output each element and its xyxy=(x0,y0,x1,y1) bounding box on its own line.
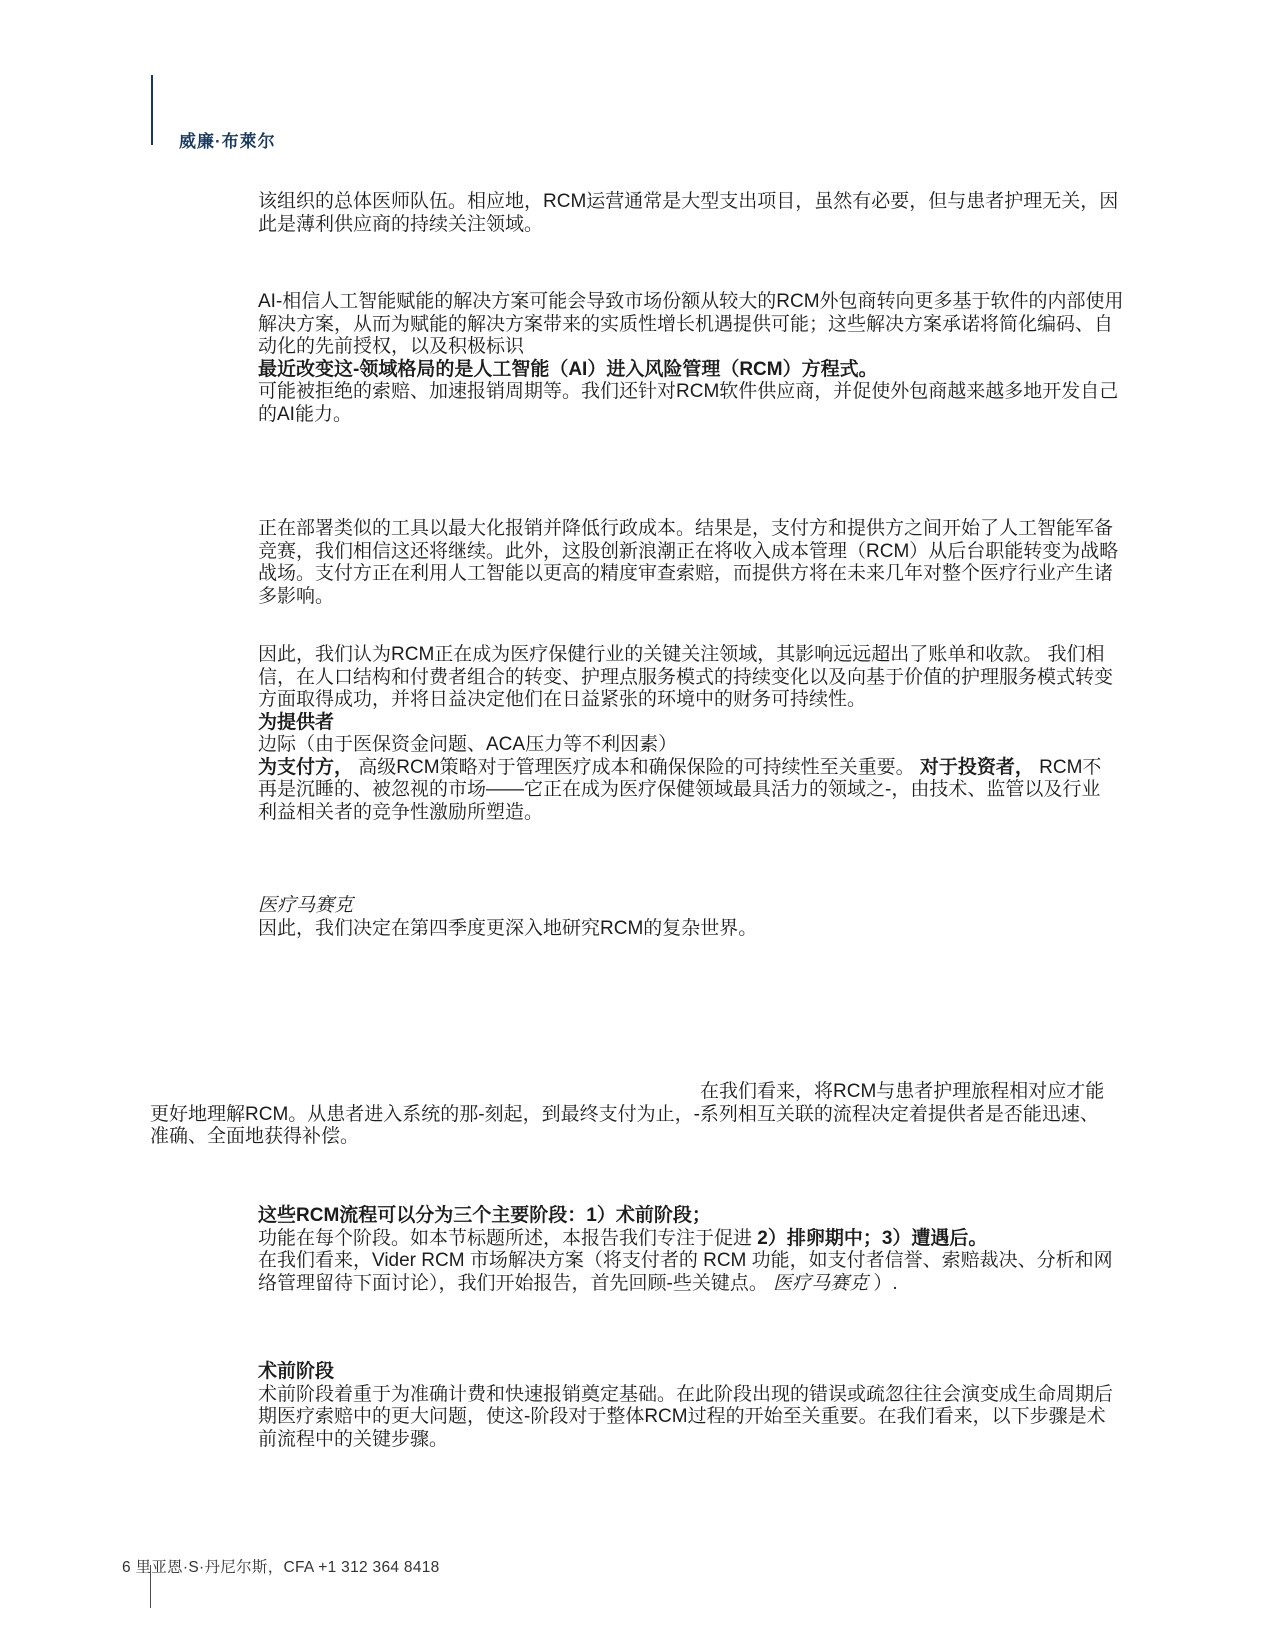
paragraph-physician-overview: 该组织的总体医师队伍。相应地，RCM运营通常是大型支出项目，虽然有必要，但与患者… xyxy=(258,191,1148,236)
brand-name: 威廉·布萊尔 xyxy=(179,127,276,152)
paragraph-ai-solutions: AI-相信人工智能赋能的解决方案可能会导致市场份额从较大的RCM外包商转向更多基… xyxy=(258,291,1148,426)
paragraph-ai-arms-race: 正在部署类似的工具以最大化报销并降低行政成本。结果是，支付方和提供方之间开始了人… xyxy=(258,518,1148,608)
footer-vertical-rule xyxy=(150,1565,151,1608)
paragraph-rcm-key-focus: 因此，我们认为RCM正在成为医疗保健行业的关键关注领域，其影响远远超出了账单和收… xyxy=(258,644,1148,824)
paragraph-patient-journey: 在我们看来，将RCM与患者护理旅程相对应才能更好地理解RCM。从患者进入系统的那… xyxy=(150,1081,1145,1149)
paragraph-rcm-three-stages: 这些RCM流程可以分为三个主要阶段：1）术前阶段；功能在每个阶段。如本节标题所述… xyxy=(258,1205,1148,1295)
report-page: 威廉·布萊尔 该组织的总体医师队伍。相应地，RCM运营通常是大型支出项目，虽然有… xyxy=(0,0,1275,1650)
brand-vertical-rule xyxy=(151,75,153,145)
footer-analyst-line: 6 里亚恩·S·丹尼尔斯，CFA +1 312 364 8418 xyxy=(122,1555,440,1577)
paragraph-healthcare-mosaic: 医疗马赛克因此，我们决定在第四季度更深入地研究RCM的复杂世界。 xyxy=(258,895,1148,940)
paragraph-pre-encounter-stage: 术前阶段术前阶段着重于为准确计费和快速报销奠定基础。在此阶段出现的错误或疏忽往往… xyxy=(258,1361,1148,1451)
